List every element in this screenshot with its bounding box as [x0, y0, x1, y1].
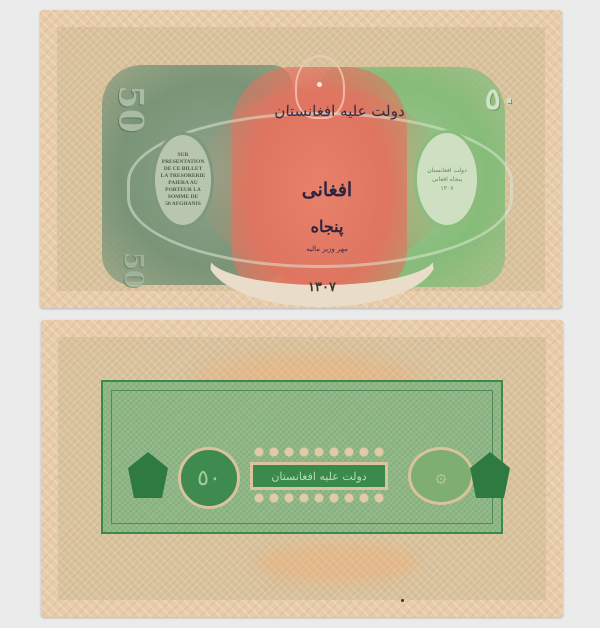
persian-line: ١٣٠٧: [441, 184, 454, 193]
french-line: PORTEUR LA: [165, 187, 201, 194]
banknote-front: 50 50 ٥٠ SUR PRESENTATION DE CE BILLET L…: [40, 10, 562, 308]
ink-spot: [401, 599, 404, 602]
denomination-top-right: ٥٠: [485, 82, 517, 117]
french-line: SOMME DE: [168, 194, 198, 201]
persian-text-oval: دولت افغانستان پنجاه افغانی ١٣٠٧: [414, 130, 480, 228]
french-line: LA TRESORERIE: [161, 173, 206, 180]
french-line: PRESENTATION: [162, 159, 205, 166]
french-line: PAIERA AU: [168, 180, 197, 187]
front-inner-field: 50 50 ٥٠ SUR PRESENTATION DE CE BILLET L…: [57, 27, 545, 291]
french-text-oval: SUR PRESENTATION DE CE BILLET LA TRESORE…: [152, 132, 214, 228]
back-orange-tint-bottom: [258, 543, 418, 583]
left-medallion-icon: ٥٠: [178, 447, 240, 509]
back-inner-field: ٥٠ دولت علیه افغانستان ۞: [58, 337, 546, 600]
persian-line: پنجاه افغانی: [432, 175, 462, 184]
wave-border-top: [253, 447, 388, 457]
issue-year: ١٣٠٧: [267, 280, 377, 295]
signature-text: مهر وزیر مالیه: [277, 245, 377, 253]
french-line: SUR: [177, 152, 188, 159]
french-line: DE CE BILLET: [164, 166, 203, 173]
persian-line: دولت افغانستان: [427, 166, 467, 175]
central-cartouche: دولت علیه افغانستان: [250, 462, 388, 490]
currency-name: افغانی: [267, 179, 387, 201]
denomination-word: پنجاه: [267, 217, 387, 236]
state-emblem-icon: ۞: [408, 447, 474, 505]
french-line: 50 AFGHANIS: [165, 201, 201, 208]
wave-border-bottom: [253, 493, 388, 503]
denomination-top-left: 50: [111, 85, 151, 132]
denomination-bottom-left: 50: [118, 252, 148, 288]
state-name-arc-text: دولت علیه افغانستان: [251, 102, 427, 120]
banknote-back: ٥٠ دولت علیه افغانستان ۞: [41, 320, 563, 617]
